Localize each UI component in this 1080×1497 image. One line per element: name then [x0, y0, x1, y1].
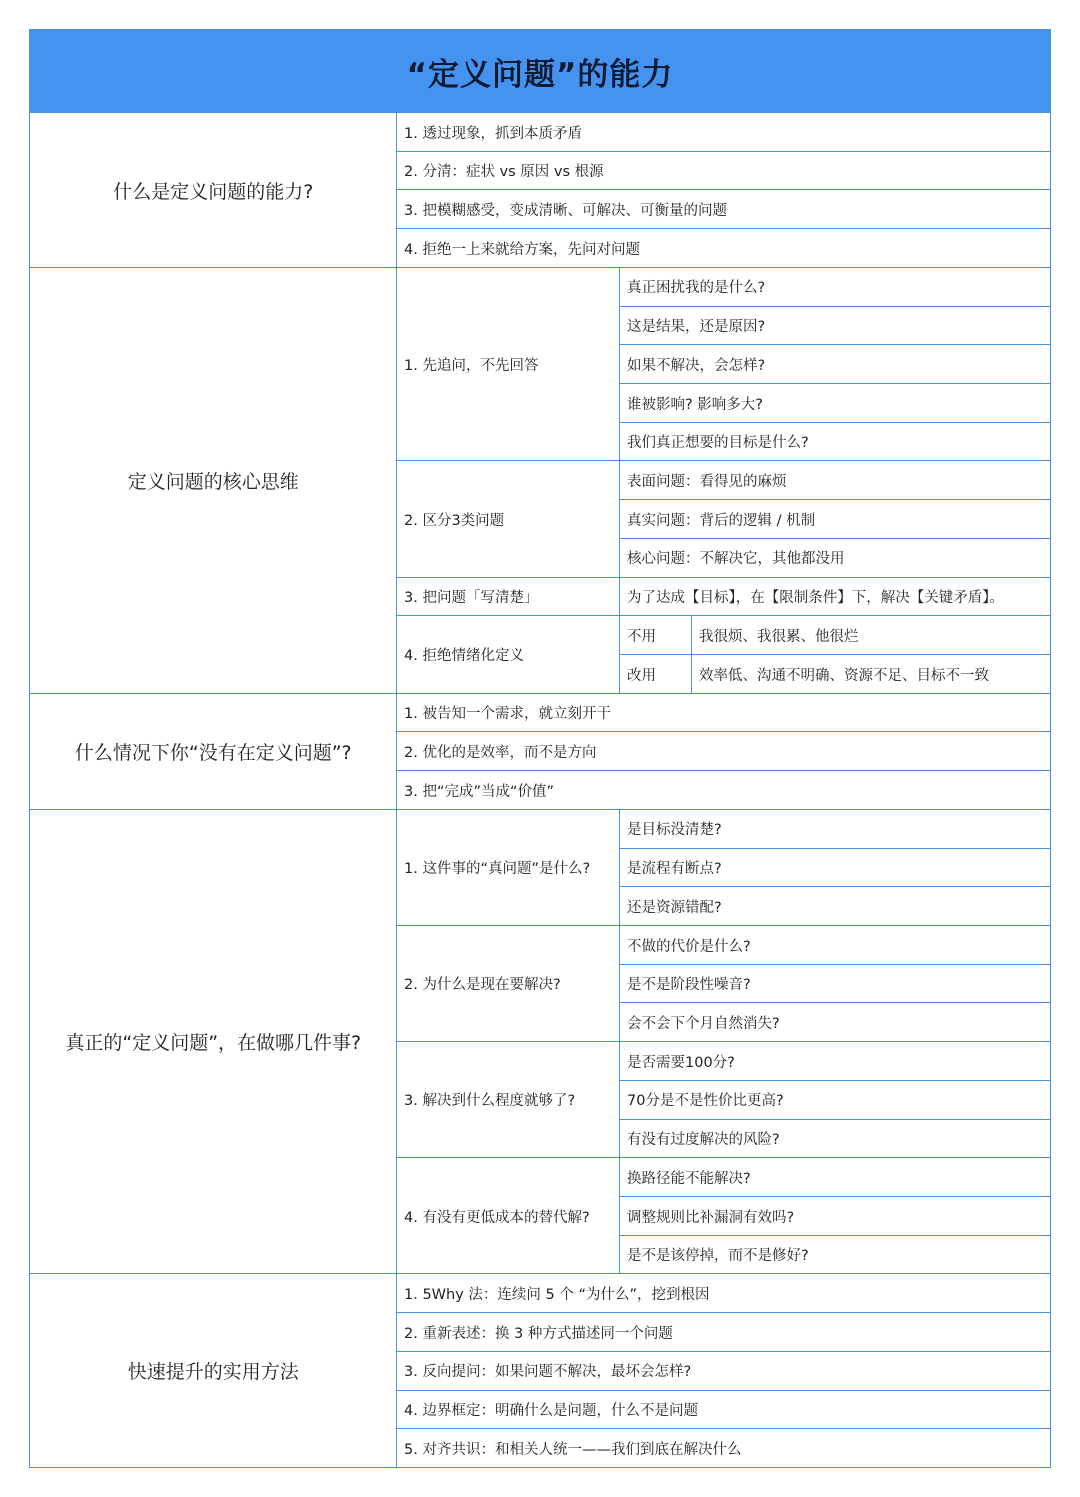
item-label-text: 3. 把问题「写清楚」 — [404, 586, 538, 607]
detail-row: 如果不解决，会怎样? — [619, 344, 1051, 384]
detail-row: 是否需要100分? — [619, 1041, 1051, 1081]
detail-row: 是流程有断点? — [619, 848, 1051, 888]
detail-row: 是不是该停掉，而不是修好? — [619, 1235, 1051, 1275]
list-item-text: 5. 对齐共识：和相关人统一——我们到底在解决什么 — [404, 1438, 741, 1459]
list-item: 4. 拒绝一上来就给方案，先问对问题 — [396, 228, 1051, 268]
list-item: 2. 分清：症状 vs 原因 vs 根源 — [396, 151, 1051, 191]
section-heading: 什么是定义问题的能力? — [29, 112, 398, 268]
detail-row-text: 表面问题：看得见的麻烦 — [627, 470, 787, 491]
section-heading-text: 快速提升的实用方法 — [128, 1357, 299, 1384]
detail-row-text: 是否需要100分? — [627, 1051, 735, 1072]
detail-row-text: 70分是不是性价比更高? — [627, 1089, 784, 1110]
pair-text: 效率低、沟通不明确、资源不足、目标不一致 — [691, 654, 1051, 694]
list-item: 3. 反向提问：如果问题不解决，最坏会怎样? — [396, 1351, 1051, 1391]
list-item: 4. 边界框定：明确什么是问题，什么不是问题 — [396, 1390, 1051, 1430]
detail-row-text: 调整规则比补漏洞有效吗? — [627, 1206, 794, 1227]
item-label-text: 4. 有没有更低成本的替代解? — [404, 1206, 590, 1227]
list-item: 3. 把“完成”当成“价值” — [396, 770, 1051, 810]
list-item-text: 4. 边界框定：明确什么是问题，什么不是问题 — [404, 1399, 698, 1420]
pair-tag: 不用 — [619, 615, 693, 655]
item-label: 2. 区分3类问题 — [396, 460, 621, 578]
pair-text: 我很烦、我很累、他很烂 — [691, 615, 1051, 655]
detail-row: 70分是不是性价比更高? — [619, 1080, 1051, 1120]
detail-row: 真正困扰我的是什么? — [619, 267, 1051, 307]
item-label: 1. 先追问，不先回答 — [396, 267, 621, 462]
list-item: 3. 把模糊感受，变成清晰、可解决、可衡量的问题 — [396, 189, 1051, 229]
list-item: 1. 透过现象，抓到本质矛盾 — [396, 112, 1051, 152]
detail-row-text: 有没有过度解决的风险? — [627, 1128, 780, 1149]
detail-row-text: 为了达成【目标】，在【限制条件】下，解决【关键矛盾】。 — [627, 586, 1004, 607]
item-label: 1. 这件事的“真问题”是什么? — [396, 809, 621, 927]
detail-row: 我们真正想要的目标是什么? — [619, 422, 1051, 462]
list-item: 1. 5Why 法：连续问 5 个 “为什么”，挖到根因 — [396, 1273, 1051, 1313]
item-label: 3. 把问题「写清楚」 — [396, 577, 621, 617]
detail-row: 这是结果，还是原因? — [619, 306, 1051, 346]
detail-row-text: 是不是该停掉，而不是修好? — [627, 1244, 809, 1265]
section-heading-text: 什么情况下你“没有在定义问题”? — [75, 738, 352, 765]
detail-row-text: 是流程有断点? — [627, 857, 722, 878]
detail-row: 表面问题：看得见的麻烦 — [619, 460, 1051, 500]
section-heading-text: 什么是定义问题的能力? — [113, 177, 313, 204]
detail-row: 调整规则比补漏洞有效吗? — [619, 1196, 1051, 1236]
item-label-text: 1. 先追问，不先回答 — [404, 354, 538, 375]
detail-row: 谁被影响? 影响多大? — [619, 383, 1051, 423]
section-heading: 什么情况下你“没有在定义问题”? — [29, 693, 398, 811]
section-heading-text: 真正的“定义问题”，在做哪几件事? — [65, 1028, 361, 1055]
item-label-text: 1. 这件事的“真问题”是什么? — [404, 857, 590, 878]
section-heading: 定义问题的核心思维 — [29, 267, 398, 694]
pair-text-text: 我很烦、我很累、他很烂 — [699, 625, 859, 646]
list-item-text: 2. 重新表述：换 3 种方式描述同一个问题 — [404, 1322, 673, 1343]
detail-row: 还是资源错配? — [619, 886, 1051, 926]
list-item: 5. 对齐共识：和相关人统一——我们到底在解决什么 — [396, 1428, 1051, 1468]
detail-row: 不做的代价是什么? — [619, 925, 1051, 965]
list-item-text: 1. 5Why 法：连续问 5 个 “为什么”，挖到根因 — [404, 1283, 709, 1304]
list-item: 2. 优化的是效率，而不是方向 — [396, 731, 1051, 771]
table-header: “定义问题”的能力 — [29, 29, 1051, 113]
detail-row-text: 是不是阶段性噪音? — [627, 973, 751, 994]
detail-row: 是不是阶段性噪音? — [619, 964, 1051, 1004]
detail-row: 是目标没清楚? — [619, 809, 1051, 849]
detail-row: 有没有过度解决的风险? — [619, 1119, 1051, 1159]
item-label-text: 2. 区分3类问题 — [404, 509, 504, 530]
detail-row: 真实问题：背后的逻辑 / 机制 — [619, 499, 1051, 539]
detail-row-text: 如果不解决，会怎样? — [627, 354, 765, 375]
detail-row-text: 是目标没清楚? — [627, 818, 722, 839]
section-heading: 快速提升的实用方法 — [29, 1273, 398, 1468]
item-label: 4. 有没有更低成本的替代解? — [396, 1157, 621, 1275]
list-item-text: 3. 把模糊感受，变成清晰、可解决、可衡量的问题 — [404, 199, 727, 220]
detail-row-text: 真实问题：背后的逻辑 / 机制 — [627, 509, 815, 530]
pair-tag: 改用 — [619, 654, 693, 694]
pair-tag-text: 改用 — [627, 664, 656, 685]
detail-row-text: 不做的代价是什么? — [627, 935, 751, 956]
pair-text-text: 效率低、沟通不明确、资源不足、目标不一致 — [699, 664, 989, 685]
list-item-text: 3. 把“完成”当成“价值” — [404, 780, 554, 801]
section-heading: 真正的“定义问题”，在做哪几件事? — [29, 809, 398, 1275]
detail-row: 会不会下个月自然消失? — [619, 1002, 1051, 1042]
detail-row-text: 会不会下个月自然消失? — [627, 1012, 780, 1033]
list-item-text: 4. 拒绝一上来就给方案，先问对问题 — [404, 238, 640, 259]
detail-row-text: 谁被影响? 影响多大? — [627, 393, 763, 414]
list-item-text: 1. 透过现象，抓到本质矛盾 — [404, 122, 582, 143]
item-label: 3. 解决到什么程度就够了? — [396, 1041, 621, 1159]
page-title: “定义问题”的能力 — [407, 49, 674, 94]
detail-row-text: 还是资源错配? — [627, 896, 722, 917]
detail-row-text: 这是结果，还是原因? — [627, 315, 765, 336]
list-item: 1. 被告知一个需求，就立刻开干 — [396, 693, 1051, 733]
detail-row-text: 核心问题：不解决它，其他都没用 — [627, 547, 845, 568]
detail-row: 为了达成【目标】，在【限制条件】下，解决【关键矛盾】。 — [619, 577, 1051, 617]
list-item-text: 2. 分清：症状 vs 原因 vs 根源 — [404, 160, 604, 181]
list-item-text: 1. 被告知一个需求，就立刻开干 — [404, 702, 611, 723]
item-label: 2. 为什么是现在要解决? — [396, 925, 621, 1043]
list-item: 2. 重新表述：换 3 种方式描述同一个问题 — [396, 1312, 1051, 1352]
item-label: 4. 拒绝情绪化定义 — [396, 615, 621, 694]
item-label-text: 4. 拒绝情绪化定义 — [404, 644, 524, 665]
section-heading-text: 定义问题的核心思维 — [128, 467, 299, 494]
pair-tag-text: 不用 — [627, 625, 656, 646]
item-label-text: 3. 解决到什么程度就够了? — [404, 1089, 575, 1110]
detail-row: 换路径能不能解决? — [619, 1157, 1051, 1197]
detail-row: 核心问题：不解决它，其他都没用 — [619, 538, 1051, 578]
list-item-text: 3. 反向提问：如果问题不解决，最坏会怎样? — [404, 1360, 691, 1381]
item-label-text: 2. 为什么是现在要解决? — [404, 973, 561, 994]
definition-table: “定义问题”的能力 什么是定义问题的能力?1. 透过现象，抓到本质矛盾2. 分清… — [29, 29, 1051, 1467]
detail-row-text: 真正困扰我的是什么? — [627, 276, 765, 297]
detail-row-text: 换路径能不能解决? — [627, 1167, 751, 1188]
list-item-text: 2. 优化的是效率，而不是方向 — [404, 741, 596, 762]
detail-row-text: 我们真正想要的目标是什么? — [627, 431, 809, 452]
